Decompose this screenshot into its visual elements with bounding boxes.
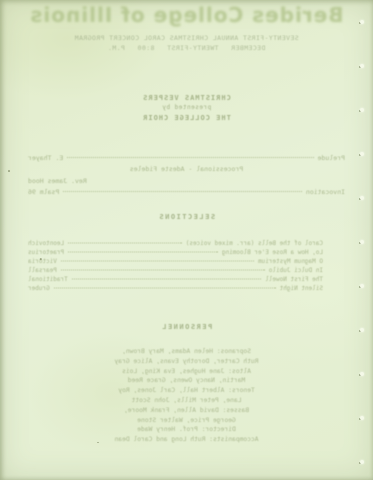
dot-leader [68,243,182,244]
binding-hole [360,196,364,200]
personnel-line: Director: Prof. Henry Wade [0,425,373,435]
binding-hole [360,372,364,376]
program-row: Rev. James Hood [28,177,345,188]
binding-hole [360,64,364,68]
selection-title: Lo, How a Rose E'er Blooming [222,249,345,256]
selection-composer: Leontovich [28,240,64,247]
selection-composer: Traditional [28,276,68,283]
heading-line-3: THE COLLEGE CHOIR [0,113,373,123]
program-row: InvocationPsalm 96 [28,188,345,199]
selections-heading: SELECTIONS [0,213,373,221]
selection-title: O Magnum Mysterium [258,258,345,265]
scanned-page: Berides College of Illinois SEVENTY-FIRS… [0,0,373,480]
binding-hole [360,152,364,156]
selection-row: Silent NightGruber [28,285,345,294]
program-value: Psalm 96 [28,188,59,196]
selection-row: Lo, How a Rose E'er BloomingPraetorius [28,249,345,258]
personnel-line: Tenors: Albert Hall, Carl Jones, Roy [0,386,373,396]
subtitle-line-1: SEVENTY-FIRST ANNUAL CHRISTMAS CAROL CON… [0,34,373,42]
selection-title: Carol of the Bells (arr. mixed voices) [186,240,345,247]
dot-leader [61,270,265,271]
selection-title: The First Nowell [265,276,345,283]
program-value: E. Thayer [28,154,63,162]
selection-composer: Gruber [28,285,50,292]
selection-row: The First NowellTraditional [28,276,345,285]
heading-line-1: CHRISTMAS VESPERS [0,93,373,103]
personnel-line: Martin, Nancy Owens, Grace Reed [0,376,373,386]
subtitle-line-2: DECEMBER TWENTY-FIRST 8:00 P.M. [0,44,373,52]
paper-speck [97,442,99,443]
program-label: Prelude [318,154,345,162]
heading-line-2: presented by [0,103,373,113]
personnel-line: Lane, Peter Mills, John Scott [0,396,373,406]
bleed-through-text: Berides College of Illinois SEVENTY-FIRS… [0,0,373,480]
selection-row: Carol of the Bells (arr. mixed voices)Le… [28,240,345,249]
personnel-line: Basses: David Allen, Frank Moore, [0,406,373,416]
personnel-line: George Price, Walter Stone [0,416,373,426]
selections-list: Carol of the Bells (arr. mixed voices)Le… [28,240,345,294]
personnel-heading: PERSONNEL [0,323,373,331]
heading-block: CHRISTMAS VESPERS presented by THE COLLE… [0,93,373,123]
binding-hole [360,20,364,24]
selection-row: In Dulci JubiloPearsall [28,267,345,276]
personnel-line: Accompanists: Ruth Long and Carol Dean [0,435,373,445]
selection-composer: Victoria [28,258,57,265]
paper-speck [8,170,10,172]
page-title: Berides College of Illinois [0,3,373,27]
personnel-names: Sopranos: Helen Adams, Mary Brown,Ruth C… [0,347,373,445]
dot-leader [54,288,276,289]
dot-leader [67,157,313,158]
dot-leader [61,261,254,262]
binding-hole [360,240,364,244]
personnel-line: Altos: Jane Hughes, Eva King, Lois [0,367,373,377]
dot-leader [63,191,302,192]
program-label: Invocation [306,188,345,196]
personnel-line: Sopranos: Helen Adams, Mary Brown, [0,347,373,357]
selection-composer: Praetorius [28,249,64,256]
program-row: PreludeE. Thayer [28,154,345,165]
binding-hole [360,284,364,288]
binding-hole [360,328,364,332]
binding-hole [360,108,364,112]
program-list: PreludeE. ThayerProcessional - Adeste Fi… [28,154,345,199]
program-row: Processional - Adeste Fideles [28,165,345,176]
selection-title: Silent Night [280,285,345,292]
binding-hole [360,416,364,420]
selection-row: O Magnum MysteriumVictoria [28,258,345,267]
binding-hole [360,460,364,464]
dot-leader [72,279,261,280]
selection-composer: Pearsall [28,267,57,274]
personnel-line: Ruth Carter, Dorothy Evans, Alice Gray [0,357,373,367]
dot-leader [68,252,218,253]
selection-title: In Dulci Jubilo [269,267,345,274]
